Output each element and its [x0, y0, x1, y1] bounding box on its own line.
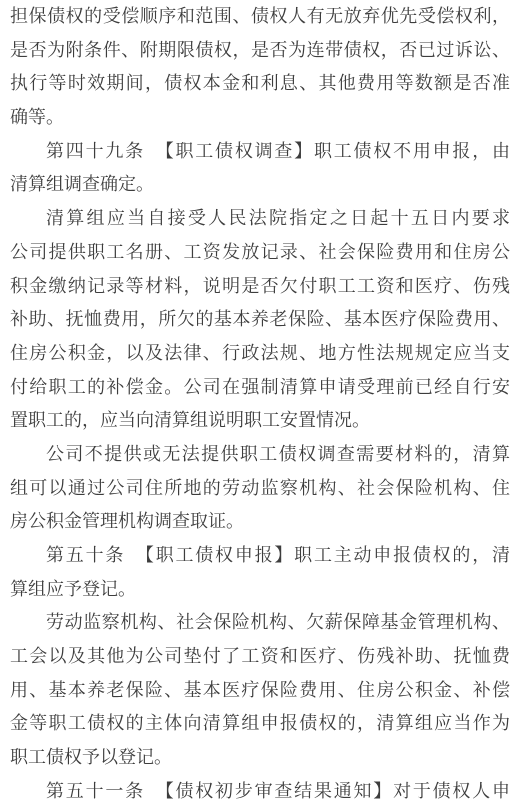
document-page: 担保债权的受偿顺序和范围、债权人有无放弃优先受偿权利， 是否为附条件、附期限债权…: [0, 0, 519, 804]
text-line: 工会以及其他为公司垫付了工资和医疗、伤残补助、抚恤费: [10, 640, 510, 674]
text-line: 用、基本养老保险、基本医疗保险费用、住房公积金、补偿: [10, 674, 510, 708]
text-line: 置职工的，应当向清算组说明职工安置情况。: [10, 404, 510, 438]
text-line: 算组应予登记。: [10, 573, 510, 607]
article-50-heading-line: 第五十条 【职工债权申报】职工主动申报债权的，清: [10, 539, 510, 573]
text-line: 清算组应当自接受人民法院指定之日起十五日内要求: [10, 202, 510, 236]
text-line: 公司不提供或无法提供职工债权调查需要材料的，清算: [10, 438, 510, 472]
text-line: 公司提供职工名册、工资发放记录、社会保险费用和住房公: [10, 236, 510, 270]
text-line: 职工债权予以登记。: [10, 741, 510, 775]
article-51-heading-line: 第五十一条 【债权初步审查结果通知】对于债权人申: [10, 775, 510, 804]
text-line: 执行等时效期间，债权本金和利息、其他费用等数额是否准: [10, 67, 510, 101]
text-line: 是否为附条件、附期限债权，是否为连带债权，否已过诉讼、: [10, 34, 510, 68]
text-line: 确等。: [10, 101, 510, 135]
text-line: 金等职工债权的主体向清算组申报债权的，清算组应当作为: [10, 707, 510, 741]
text-line: 房公积金管理机构调查取证。: [10, 505, 510, 539]
text-line: 积金缴纳记录等材料，说明是否欠付职工工资和医疗、伤残: [10, 270, 510, 304]
text-line: 住房公积金，以及法律、行政法规、地方性法规规定应当支: [10, 337, 510, 371]
text-line: 付给职工的补偿金。公司在强制清算申请受理前已经自行安: [10, 371, 510, 405]
text-line: 清算组调查确定。: [10, 168, 510, 202]
text-line: 担保债权的受偿顺序和范围、债权人有无放弃优先受偿权利，: [10, 0, 510, 34]
text-line: 组可以通过公司住所地的劳动监察机构、社会保险机构、住: [10, 472, 510, 506]
text-line: 劳动监察机构、社会保险机构、欠薪保障基金管理机构、: [10, 606, 510, 640]
text-line: 补助、抚恤费用，所欠的基本养老保险、基本医疗保险费用、: [10, 303, 510, 337]
article-49-heading-line: 第四十九条 【职工债权调查】职工债权不用申报，由: [10, 135, 510, 169]
